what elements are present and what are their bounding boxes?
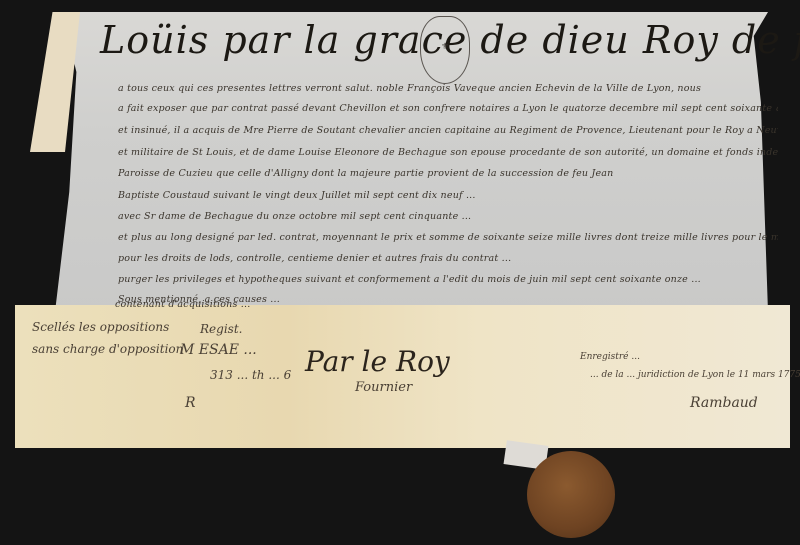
body-line: Paroisse de Cuzieu que celle d'Alligny d…	[118, 168, 778, 179]
registration-note: R	[185, 395, 196, 411]
registration-note: M ESAE ...	[180, 342, 257, 358]
body-line: et plus au long designé par led. contrat…	[118, 232, 778, 243]
plica-note-left: Scellés les oppositions	[32, 320, 169, 334]
body-line: et militaire de St Louis, et de dame Lou…	[118, 147, 778, 158]
secretary-signature: Fournier	[355, 380, 412, 395]
rambaud-signature: Rambaud	[690, 395, 758, 411]
body-line: contenant d'acquisitions ...	[115, 299, 755, 310]
body-line: purger les privileges et hypotheques sui…	[118, 274, 778, 285]
folded-corner	[30, 12, 80, 152]
body-line: a tous ceux qui ces presentes lettres ve…	[118, 83, 778, 94]
registration-note: 313 ... th ... 6	[210, 368, 291, 382]
registration-note: Regist.	[200, 322, 242, 336]
royal-signature: Par le Roy	[305, 345, 450, 378]
enregistrement-note: Enregistré ...	[580, 352, 640, 362]
body-line: et insinué, il a acquis de Mre Pierre de…	[118, 125, 778, 136]
enregistrement-note: ... de la ... juridiction de Lyon le 11 …	[590, 370, 800, 380]
plica-note-left: sans charge d'opposition	[32, 342, 183, 356]
coat-of-arms-stamp: ⚜	[420, 16, 470, 84]
body-line: pour les droits de lods, controlle, cent…	[118, 253, 778, 264]
wax-seal	[527, 451, 615, 538]
body-line: avec Sr dame de Bechague du onze octobre…	[118, 211, 778, 222]
body-line: Baptiste Coustaud suivant le vingt deux …	[118, 190, 778, 201]
body-line: a fait exposer que par contrat passé dev…	[118, 103, 778, 114]
